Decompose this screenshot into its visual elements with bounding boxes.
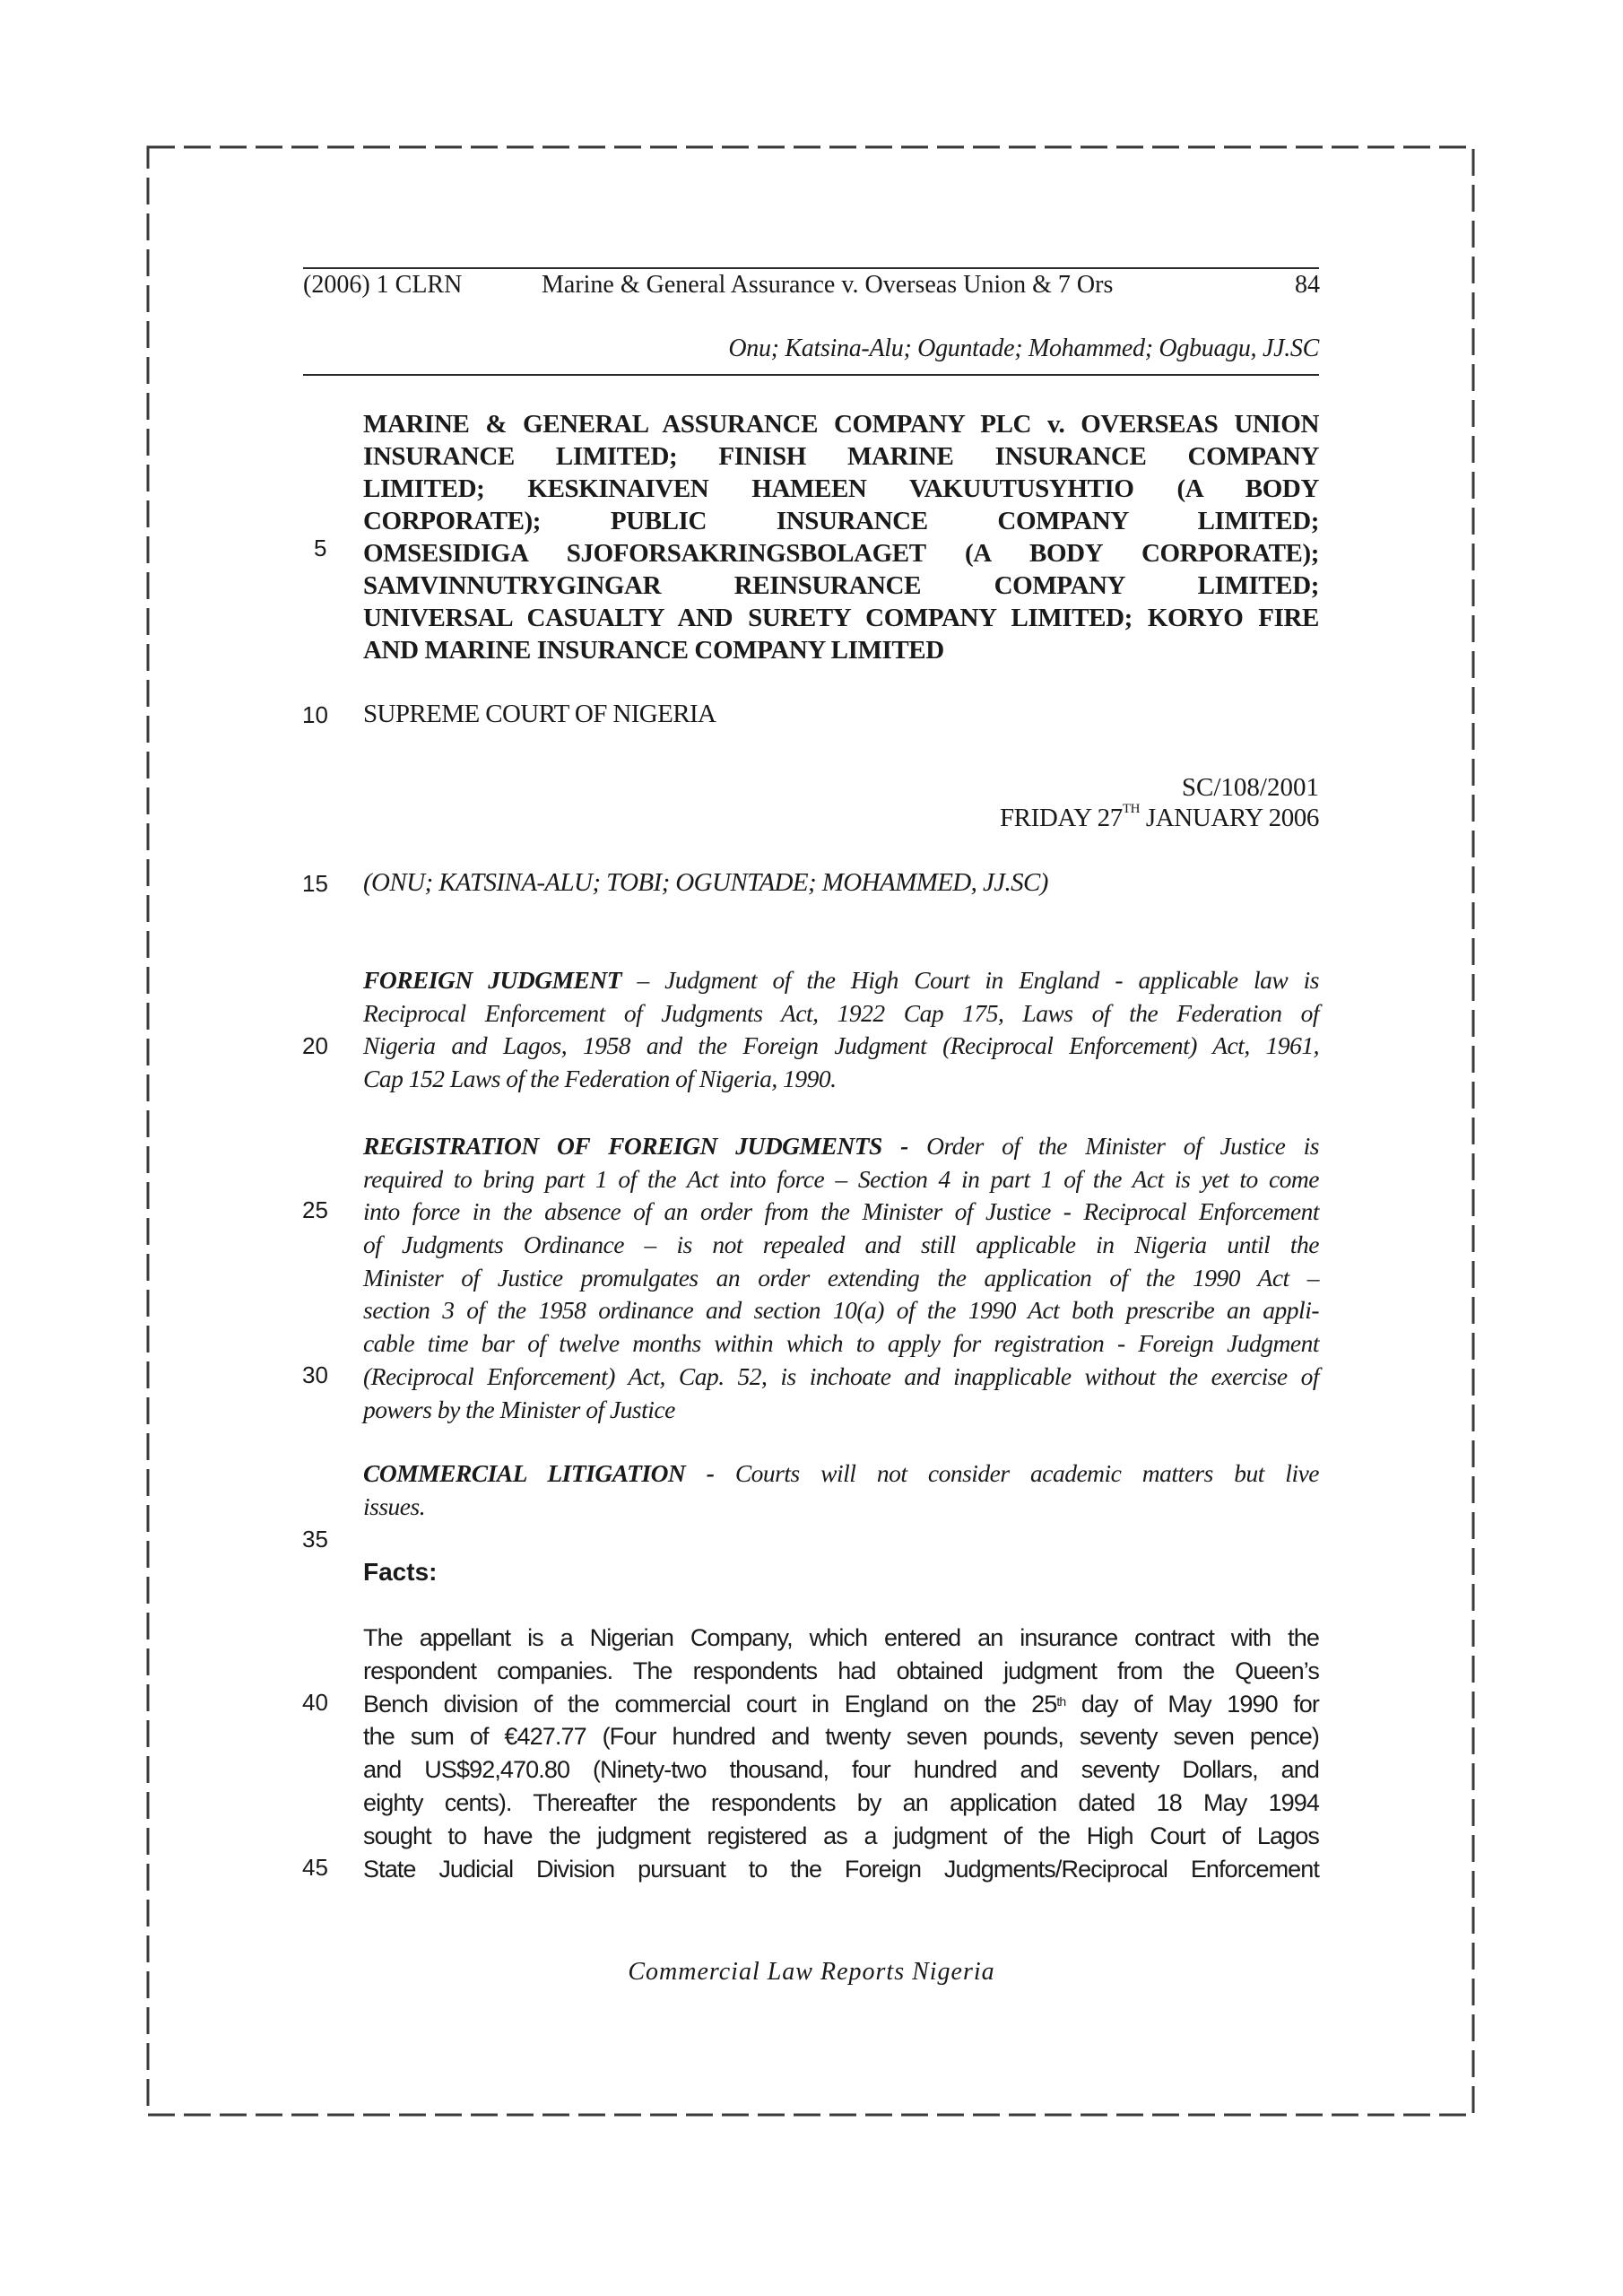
facts-ordinal: th (1056, 1694, 1065, 1709)
headnote-text: Minister of Justice promulgates an order… (363, 1262, 1319, 1295)
headnote-commercial-litigation: COMMERCIAL LITIGATION - Courts will not … (363, 1457, 1319, 1523)
case-title-line: LIMITED; KESKINAIVEN HAMEEN VAKUUTUSYHTI… (363, 473, 1319, 505)
facts-text: Bench division of the commercial court i… (363, 1691, 1056, 1718)
headnote-text: powers by the Minister of Justice (363, 1394, 1319, 1427)
headnote-text: Cap 152 Laws of the Federation of Nigeri… (363, 1063, 1319, 1096)
facts-text: day of May 1990 for (1065, 1691, 1319, 1718)
line-number: 40 (302, 1689, 338, 1717)
headnote-text: into force in the absence of an order fr… (363, 1196, 1319, 1229)
headnote-text: Reciprocal Enforcement of Judgments Act,… (363, 997, 1319, 1031)
facts-line: State Judicial Division pursuant to the … (363, 1853, 1319, 1886)
line-number: 25 (302, 1196, 338, 1224)
line-number: 35 (302, 1526, 338, 1553)
case-title-line: INSURANCE LIMITED; FINISH MARINE INSURAN… (363, 440, 1319, 473)
headnote-text: issues. (363, 1491, 1319, 1524)
line-number: 15 (302, 870, 338, 898)
line-number: 5 (314, 535, 350, 562)
header-judges: Onu; Katsina-Alu; Oguntade; Mohammed; Og… (728, 335, 1319, 363)
footer-publication: Commercial Law Reports Nigeria (0, 1958, 1623, 1987)
headnote-separator: – (621, 966, 664, 994)
header-citation: (2006) 1 CLRN (303, 271, 462, 300)
facts-line: The appellant is a Nigerian Company, whi… (363, 1622, 1319, 1655)
headnote-foreign-judgment: FOREIGN JUDGMENT – Judgment of the High … (363, 964, 1319, 1096)
headnote-heading: REGISTRATION OF FOREIGN JUDGMENTS (363, 1132, 882, 1160)
facts-line: respondent companies. The respondents ha… (363, 1655, 1319, 1688)
judges-panel: (ONU; KATSINA-ALU; TOBI; OGUNTADE; MOHAM… (363, 868, 1048, 898)
line-number: 30 (302, 1361, 338, 1389)
suit-number: SC/108/2001 (1182, 773, 1319, 803)
date-ordinal: TH (1123, 802, 1140, 816)
headnote-text: (Reciprocal Enforcement) Act, Cap. 52, i… (363, 1361, 1319, 1394)
headnote-text: required to bring part 1 of the Act into… (363, 1163, 1319, 1196)
headnote-text: Nigeria and Lagos, 1958 and the Foreign … (363, 1030, 1319, 1063)
facts-heading: Facts: (363, 1558, 437, 1587)
page-number: 84 (1295, 271, 1320, 300)
date-day: FRIDAY 27 (1000, 804, 1123, 832)
facts-line: Bench division of the commercial court i… (363, 1688, 1319, 1721)
facts-line: eighty cents). Thereafter the respondent… (363, 1787, 1319, 1820)
date-month-year: JANUARY 2006 (1140, 804, 1319, 832)
headnote-registration: REGISTRATION OF FOREIGN JUDGMENTS - Orde… (363, 1130, 1319, 1426)
case-title-line: SAMVINNUTRYGINGAR REINSURANCE COMPANY LI… (363, 570, 1319, 602)
facts-line: and US$92,470.80 (Ninety-two thousand, f… (363, 1753, 1319, 1787)
headnote-text: Courts will not consider academic matter… (735, 1459, 1319, 1487)
headnote-separator: - (882, 1132, 926, 1160)
header-case-title: Marine & General Assurance v. Overseas U… (542, 271, 1113, 300)
headnote-text: of Judgments Ordinance – is not repealed… (363, 1229, 1319, 1262)
case-title-line: AND MARINE INSURANCE COMPANY LIMITED (363, 634, 1319, 666)
case-title-line: OMSESIDIGA SJOFORSAKRINGSBOLAGET (A BODY… (363, 537, 1319, 570)
judgment-date: FRIDAY 27TH JANUARY 2006 (1000, 804, 1319, 833)
case-title: MARINE & GENERAL ASSURANCE COMPANY PLC v… (363, 408, 1319, 666)
case-title-line: UNIVERSAL CASUALTY AND SURETY COMPANY LI… (363, 602, 1319, 634)
header-top-rule (303, 267, 1319, 269)
headnote-heading: COMMERCIAL LITIGATION (363, 1459, 685, 1487)
case-title-line: CORPORATE); PUBLIC INSURANCE COMPANY LIM… (363, 505, 1319, 537)
headnote-separator: - (685, 1459, 735, 1487)
headnote-text: Judgment of the High Court in England - … (664, 966, 1319, 994)
facts-paragraph: The appellant is a Nigerian Company, whi… (363, 1622, 1319, 1885)
line-number: 10 (302, 701, 338, 729)
line-number: 45 (302, 1854, 338, 1882)
facts-line: sought to have the judgment registered a… (363, 1820, 1319, 1853)
court-name: SUPREME COURT OF NIGERIA (363, 700, 716, 729)
headnote-text: Order of the Minister of Justice is (926, 1132, 1319, 1160)
headnote-heading: FOREIGN JUDGMENT (363, 966, 621, 994)
headnote-text: cable time bar of twelve months within w… (363, 1327, 1319, 1361)
facts-line: the sum of €427.77 (Four hundred and twe… (363, 1720, 1319, 1753)
line-number: 20 (302, 1032, 338, 1060)
headnote-text: section 3 of the 1958 ordinance and sect… (363, 1294, 1319, 1327)
header-bottom-rule (303, 374, 1319, 376)
case-title-line: MARINE & GENERAL ASSURANCE COMPANY PLC v… (363, 408, 1319, 440)
